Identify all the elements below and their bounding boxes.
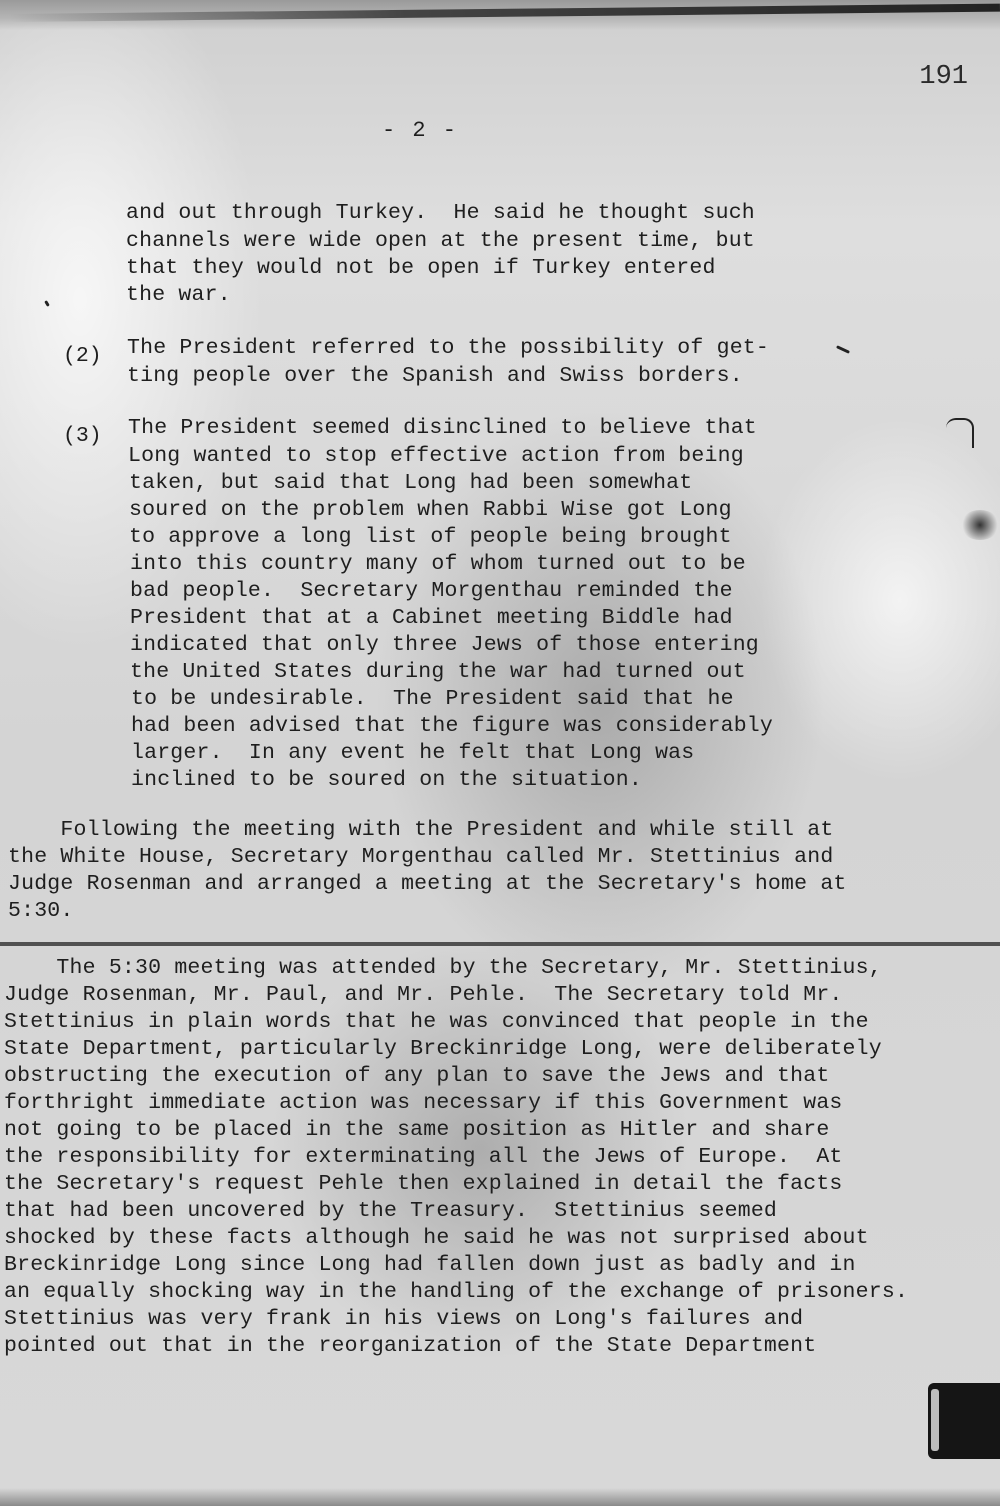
text-line: into this country many of whom turned ou… xyxy=(130,554,746,576)
text-line: Stettinius in plain words that he was co… xyxy=(4,1012,869,1034)
text-line: pointed out that in the reorganization o… xyxy=(4,1336,816,1358)
text-line: State Department, particularly Breckinri… xyxy=(4,1039,882,1061)
text-line: bad people. Secretary Morgenthau reminde… xyxy=(130,581,733,603)
text-line: the White House, Secretary Morgenthau ca… xyxy=(8,847,833,869)
item-number: (3) xyxy=(63,424,102,448)
item-number: (2) xyxy=(63,344,102,368)
text-line: The President referred to the possibilit… xyxy=(127,338,769,360)
text-line: Long wanted to stop effective action fro… xyxy=(128,446,744,468)
binder-clip-icon xyxy=(928,1383,1000,1459)
text-line: The President seemed disinclined to beli… xyxy=(128,418,757,440)
text-line: channels were wide open at the present t… xyxy=(126,231,755,253)
text-line: not going to be placed in the same posit… xyxy=(4,1120,829,1142)
text-line: The 5:30 meeting was attended by the Sec… xyxy=(4,958,882,980)
text-line: the war. xyxy=(126,285,231,307)
text-line: and out through Turkey. He said he thoug… xyxy=(126,203,755,225)
text-line: President that at a Cabinet meeting Bidd… xyxy=(130,608,733,630)
text-line: ting people over the Spanish and Swiss b… xyxy=(127,366,743,388)
text-line: Judge Rosenman, Mr. Paul, and Mr. Pehle.… xyxy=(4,985,843,1007)
document-page: 191 - 2 - and out through Turkey. He sai… xyxy=(0,0,1000,1506)
text-line: that had been uncovered by the Treasury.… xyxy=(4,1201,777,1223)
text-line: the Secretary's request Pehle then expla… xyxy=(4,1174,843,1196)
scan-page-seam xyxy=(0,942,1000,946)
text-line: Judge Rosenman and arranged a meeting at… xyxy=(8,874,847,896)
text-line: to approve a long list of people being b… xyxy=(129,527,732,549)
text-line: had been advised that the figure was con… xyxy=(131,716,773,738)
text-line: the United States during the war had tur… xyxy=(130,662,746,684)
text-line: indicated that only three Jews of those … xyxy=(130,635,759,657)
text-line: Following the meeting with the President… xyxy=(8,820,833,842)
margin-scribble xyxy=(44,300,50,307)
text-line: to be undesirable. The President said th… xyxy=(131,689,734,711)
margin-scribble xyxy=(836,345,850,354)
text-line: soured on the problem when Rabbi Wise go… xyxy=(129,500,732,522)
text-line: Breckinridge Long since Long had fallen … xyxy=(4,1255,856,1277)
text-line: shocked by these facts although he said … xyxy=(4,1228,869,1250)
text-line: taken, but said that Long had been somew… xyxy=(129,473,692,495)
ink-smudge xyxy=(960,510,1000,540)
text-line: larger. In any event he felt that Long w… xyxy=(131,743,694,765)
scan-bottom-shadow xyxy=(0,1488,1000,1506)
text-line: the responsibility for exterminating all… xyxy=(4,1147,843,1169)
margin-pen-mark xyxy=(946,418,974,448)
page-sequence: - 2 - xyxy=(382,118,458,143)
text-line: inclined to be soured on the situation. xyxy=(131,770,642,792)
text-line: an equally shocking way in the handling … xyxy=(4,1282,908,1304)
text-line: Stettinius was very frank in his views o… xyxy=(4,1309,803,1331)
text-line: that they would not be open if Turkey en… xyxy=(126,258,716,280)
text-line: obstructing the execution of any plan to… xyxy=(4,1066,829,1088)
page-number: 191 xyxy=(919,62,968,92)
text-line: 5:30. xyxy=(8,901,74,923)
text-line: forthright immediate action was necessar… xyxy=(4,1093,843,1115)
